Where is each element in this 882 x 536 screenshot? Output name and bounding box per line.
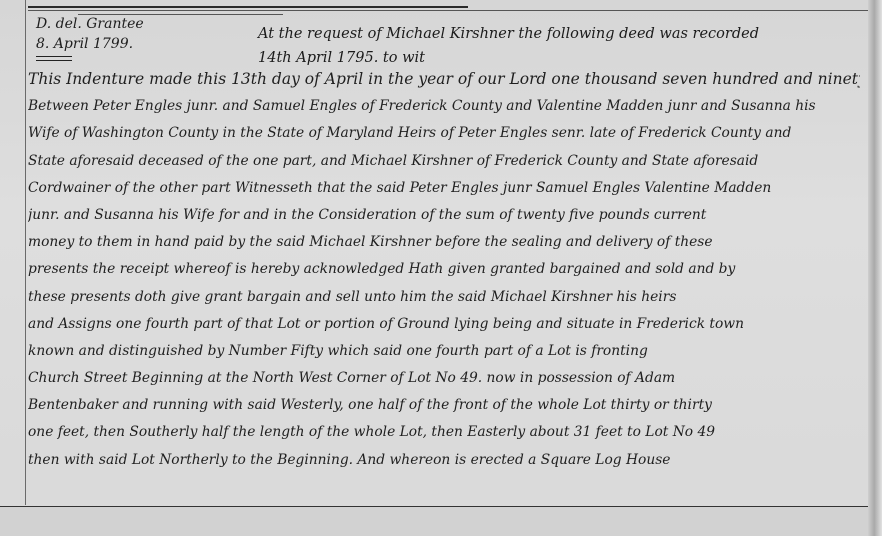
deed-line: State aforesaid deceased of the one part… [28,148,860,175]
deed-line: known and distinguished by Number Fifty … [28,338,860,365]
marginal-note: D. del. Grantee 8. April 1799. [36,14,226,61]
record-heading: At the request of Michael Kirshner the f… [258,22,858,70]
marginal-note-line2: 8. April 1799. [36,34,226,54]
deed-line: Bentenbaker and running with said Wester… [28,392,860,419]
heading-line1: At the request of Michael Kirshner the f… [258,22,858,46]
deed-line: Church Street Beginning at the North Wes… [28,365,860,392]
top-rule [28,6,468,8]
deed-line: Between Peter Engles junr. and Samuel En… [28,93,860,120]
deed-line: money to them in hand paid by the said M… [28,229,860,256]
left-margin-line [25,0,26,505]
deed-line: presents the receipt whereof is hereby a… [28,256,860,283]
deed-line: junr. and Susanna his Wife for and in th… [28,202,860,229]
marginal-note-line1: D. del. Grantee [36,14,226,34]
deed-line: then with said Lot Northerly to the Begi… [28,447,860,474]
deed-body: This Indenture made this 13th day of Apr… [28,66,860,474]
deed-line: Wife of Washington County in the State o… [28,120,860,147]
deed-line: Cordwainer of the other part Witnesseth … [28,175,860,202]
page-right-edge [868,0,882,536]
deed-line: one feet, then Southerly half the length… [28,419,860,446]
document-page: D. del. Grantee 8. April 1799. At the re… [0,0,868,536]
deed-line: This Indenture made this 13th day of Apr… [28,66,860,93]
deed-line: and Assigns one fourth part of that Lot … [28,311,860,338]
deed-line: these presents doth give grant bargain a… [28,284,860,311]
marginal-underline [36,56,72,61]
top-rule-secondary [28,10,882,11]
page-bottom-margin [0,507,868,536]
